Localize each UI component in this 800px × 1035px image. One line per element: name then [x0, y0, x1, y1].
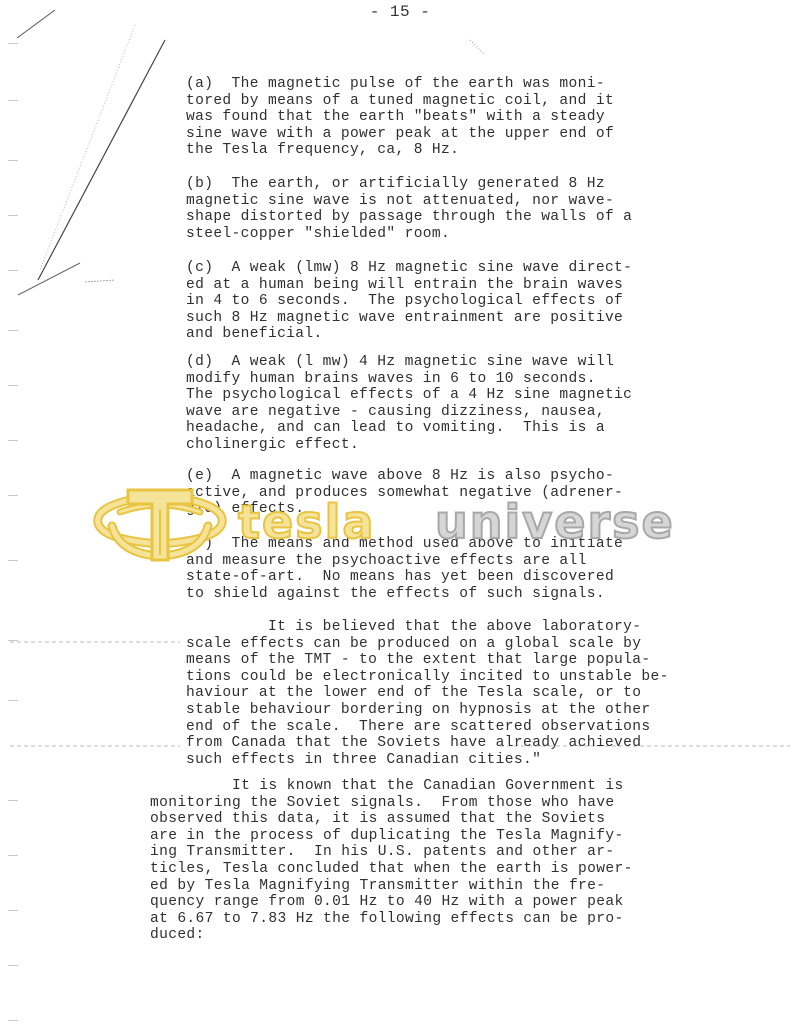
text-line: from Canada that the Soviets have alread… [186, 735, 666, 752]
margin-tick [8, 215, 18, 216]
text-line: and measure the psychoactive effects are… [186, 553, 666, 570]
text-line: monitoring the Soviet signals. From thos… [150, 795, 630, 812]
text-line: means of the TMT - to the extent that la… [186, 652, 666, 669]
text-line: scale effects can be produced on a globa… [186, 636, 666, 653]
text-line: such effects in three Canadian cities." [186, 752, 666, 769]
text-line: and beneficial. [186, 326, 666, 343]
text-line: tored by means of a tuned magnetic coil,… [186, 93, 666, 110]
text-line: active, and produces somewhat negative (… [186, 485, 666, 502]
document-page: - 15 - (a) The magnetic pulse of the ear… [0, 0, 800, 1035]
text-line: ed at a human being will entrain the bra… [186, 277, 666, 294]
margin-tick [8, 965, 18, 966]
text-line: headache, and can lead to vomiting. This… [186, 420, 666, 437]
text-line: steel-copper "shielded" room. [186, 226, 666, 243]
page-number: - 15 - [0, 3, 800, 21]
text-line: ticles, Tesla concluded that when the ea… [150, 861, 630, 878]
text-line: to shield against the effects of such si… [186, 586, 666, 603]
paragraph-canadian-government: It is known that the Canadian Government… [150, 778, 630, 944]
text-line: was found that the earth "beats" with a … [186, 109, 666, 126]
text-line: ing Transmitter. In his U.S. patents and… [150, 844, 630, 861]
text-line: gic) effects. [186, 501, 666, 518]
margin-tick [8, 440, 18, 441]
text-line: wave are negative - causing dizziness, n… [186, 404, 666, 421]
margin-tick [8, 495, 18, 496]
margin-tick [8, 1020, 18, 1021]
paragraph-e: (e) A magnetic wave above 8 Hz is also p… [186, 468, 666, 518]
text-line: in 4 to 6 seconds. The psychological eff… [186, 293, 666, 310]
text-line: The psychological effects of a 4 Hz sine… [186, 387, 666, 404]
margin-tick [8, 800, 18, 801]
paragraph-c: (c) A weak (lmw) 8 Hz magnetic sine wave… [186, 260, 666, 343]
text-line: state-of-art. No means has yet been disc… [186, 569, 666, 586]
margin-tick [8, 700, 18, 701]
text-line: (a) The magnetic pulse of the earth was … [186, 76, 666, 93]
text-line: quency range from 0.01 Hz to 40 Hz with … [150, 894, 630, 911]
text-line: It is known that the Canadian Government… [150, 778, 630, 795]
text-line: (f) The means and method used above to i… [186, 536, 666, 553]
text-line: end of the scale. There are scattered ob… [186, 719, 666, 736]
text-line: (b) The earth, or artificially generated… [186, 176, 666, 193]
margin-tick [8, 270, 18, 271]
margin-tick [8, 385, 18, 386]
text-line: It is believed that the above laboratory… [186, 619, 666, 636]
text-line: shape distorted by passage through the w… [186, 209, 666, 226]
text-line: sine wave with a power peak at the upper… [186, 126, 666, 143]
text-line: (e) A magnetic wave above 8 Hz is also p… [186, 468, 666, 485]
margin-tick [8, 910, 18, 911]
text-line: (d) A weak (l mw) 4 Hz magnetic sine wav… [186, 354, 666, 371]
paragraph-d: (d) A weak (l mw) 4 Hz magnetic sine wav… [186, 354, 666, 454]
text-line: magnetic sine wave is not attenuated, no… [186, 193, 666, 210]
text-line: tions could be electronically incited to… [186, 669, 666, 686]
text-line: such 8 Hz magnetic wave entrainment are … [186, 310, 666, 327]
margin-tick [8, 855, 18, 856]
paragraph-b: (b) The earth, or artificially generated… [186, 176, 666, 242]
margin-tick [8, 100, 18, 101]
margin-tick [8, 43, 18, 44]
text-line: ed by Tesla Magnifying Transmitter withi… [150, 878, 630, 895]
text-line: observed this data, it is assumed that t… [150, 811, 630, 828]
text-line: cholinergic effect. [186, 437, 666, 454]
text-line: duced: [150, 927, 630, 944]
text-line: (c) A weak (lmw) 8 Hz magnetic sine wave… [186, 260, 666, 277]
margin-tick [8, 330, 18, 331]
text-line: the Tesla frequency, ca, 8 Hz. [186, 142, 666, 159]
paragraph-laboratory-scale: It is believed that the above laboratory… [186, 619, 666, 768]
margin-tick [8, 160, 18, 161]
text-line: modify human brains waves in 6 to 10 sec… [186, 371, 666, 388]
text-line: haviour at the lower end of the Tesla sc… [186, 685, 666, 702]
margin-tick [8, 560, 18, 561]
text-line: at 6.67 to 7.83 Hz the following effects… [150, 911, 630, 928]
paragraph-f: (f) The means and method used above to i… [186, 536, 666, 602]
margin-tick [8, 640, 18, 641]
text-line: are in the process of duplicating the Te… [150, 828, 630, 845]
text-line: stable behaviour bordering on hypnosis a… [186, 702, 666, 719]
paragraph-a: (a) The magnetic pulse of the earth was … [186, 76, 666, 159]
